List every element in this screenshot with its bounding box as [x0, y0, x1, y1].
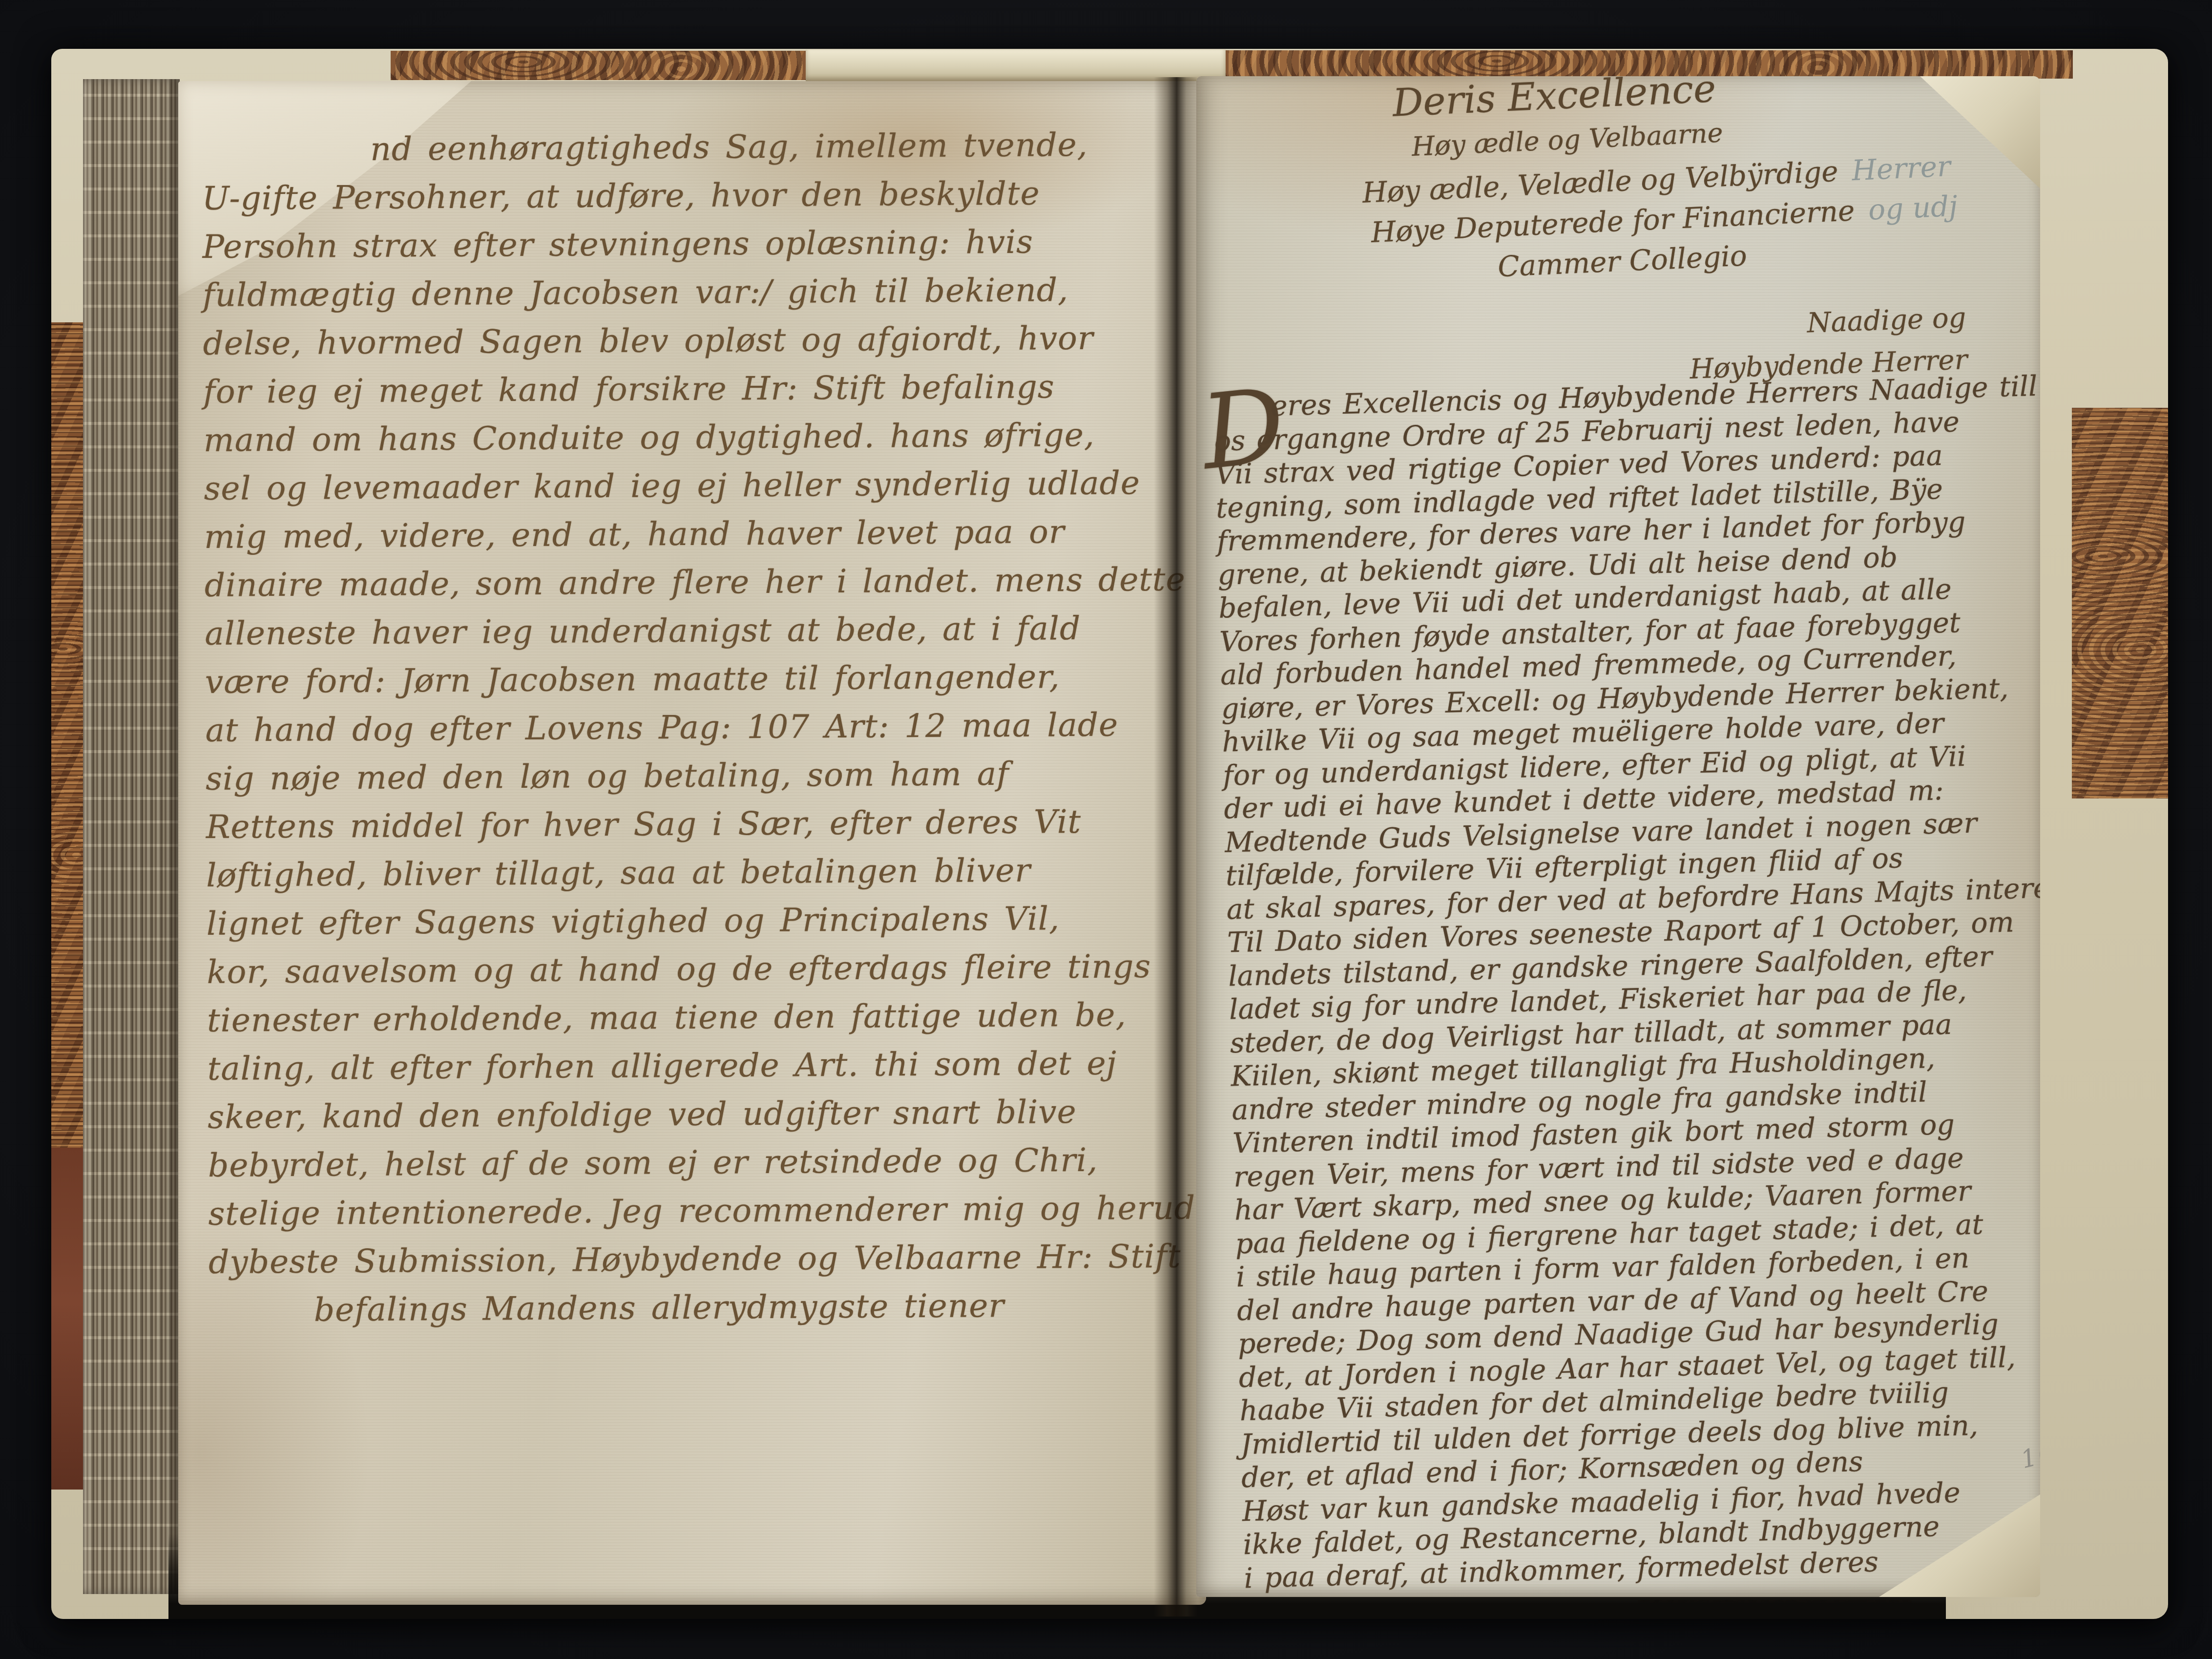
manuscript-line: stelige intentionerede. Jeg recommendere…: [208, 1183, 1206, 1238]
manuscript-line: U-gifte Persohner, at udføre, hvor den b…: [202, 168, 1200, 223]
manuscript-line: Rettens middel for hver Sag i Sær, efter…: [206, 797, 1204, 851]
manuscript-line: delse, hvormed Sagen blev opløst og afgi…: [203, 314, 1201, 368]
gutter-shadow: [1154, 77, 1198, 1617]
marbled-cover-left-edge: [51, 322, 87, 1182]
manuscript-line: dinaire maade, som andre flere her i lan…: [204, 555, 1202, 609]
manuscript-line: sig nøje med den løn og betaling, som ha…: [206, 748, 1204, 802]
left-page-text: nd eenhøragtigheds Sag, imellem tvende,U…: [202, 120, 1206, 1335]
manuscript-line: mig med, videre, end at, hand haver leve…: [204, 507, 1202, 561]
vellum-top-edge: [806, 50, 1226, 81]
manuscript-line: nd eenhøragtigheds Sag, imellem tvende,: [202, 120, 1200, 174]
manuscript-line: mand om hans Conduite og dygtighed. hans…: [204, 410, 1202, 464]
manuscript-line: sel og levemaader kand ieg ej heller syn…: [204, 459, 1202, 513]
manuscript-line: kor, saavelsom og at hand og de efterdag…: [207, 942, 1205, 996]
left-page: nd eenhøragtigheds Sag, imellem tvende,U…: [178, 81, 1206, 1605]
marbled-cover-right-edge: [2072, 408, 2168, 798]
manuscript-line: Persohn strax efter stevningens oplæsnin…: [202, 217, 1200, 271]
right-page: Deris Excellence Høy ædle og Velbaarne H…: [1196, 76, 2040, 1597]
manuscript-line: for ieg ej meget kand forsikre Hr: Stift…: [203, 362, 1201, 416]
manuscript-book: nd eenhøragtigheds Sag, imellem tvende,U…: [51, 49, 2168, 1619]
manuscript-line: alleneste haver ieg underdanigst at bede…: [205, 603, 1203, 657]
manuscript-line: løftighed, bliver tillagt, saa at betali…: [206, 845, 1204, 899]
manuscript-line: fuldmægtig denne Jacobsen var:/ gich til…: [203, 265, 1201, 319]
manuscript-line: bebyrdet, helst af de som ej er retsinde…: [208, 1135, 1206, 1189]
manuscript-line: at hand dog efter Lovens Pag: 107 Art: 1…: [205, 700, 1203, 754]
manuscript-line: taling, alt efter forhen alligerede Art.…: [207, 1038, 1205, 1092]
scanner-background: nd eenhøragtigheds Sag, imellem tvende,U…: [0, 0, 2212, 1659]
faded-annotation: og udj: [1868, 189, 1959, 227]
page-block-fore-edge: [83, 79, 180, 1594]
manuscript-line: lignet efter Sagens vigtighed og Princip…: [207, 893, 1205, 947]
manuscript-line: være ford: Jørn Jacobsen maatte til forl…: [205, 651, 1203, 706]
marbled-cover-top-edge-left: [391, 51, 806, 80]
manuscript-line: tienester erholdende, maa tiene den fatt…: [207, 990, 1205, 1044]
manuscript-line: dybeste Submission, Høybydende og Velbaa…: [209, 1232, 1206, 1286]
marbled-cover-top-edge-right: [1226, 50, 2073, 79]
right-page-text: eres Excellencis og Høybydende Herrers N…: [1213, 368, 2040, 1595]
manuscript-line: befalings Mandens allerydmygste tiener: [209, 1280, 1206, 1334]
manuscript-line: skeer, kand den enfoldige ved udgifter s…: [208, 1087, 1206, 1141]
letter-heading: Deris Excellence Høy ædle og Velbaarne H…: [1357, 76, 1960, 290]
faded-annotation: Herrer: [1851, 149, 1951, 187]
